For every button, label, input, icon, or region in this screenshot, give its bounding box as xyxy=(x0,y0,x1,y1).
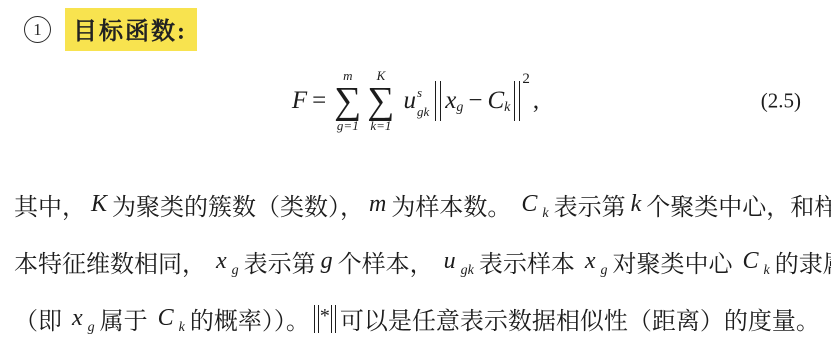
norm-expression: xg − Ck 2 xyxy=(435,81,530,121)
paragraph-line-3: （即 xg 属于 Ck 的概率））。 * 可以是任意表示数据相似性（距离）的度量… xyxy=(14,290,819,347)
equation-formula: F = m ∑ g=1 K ∑ k=1 u s gk xg xyxy=(292,69,539,134)
math-var-xg: xg xyxy=(580,248,608,275)
inner-sum-lower-limit: k=1 xyxy=(370,119,391,133)
text-segment: 个聚类中心，和样 xyxy=(646,187,831,222)
math-var-Ck: Ck xyxy=(516,191,548,218)
sigma-symbol: ∑ xyxy=(334,83,361,119)
document-page: 1 目标函数: F = m ∑ g=1 K ∑ k=1 u s gk xyxy=(0,0,831,361)
text-segment: 为样本数。 xyxy=(391,187,511,222)
text-segment: 其中， xyxy=(14,187,86,222)
inner-sum: K ∑ k=1 xyxy=(367,69,394,134)
math-var-m: m xyxy=(369,191,386,218)
math-var-xg: xg xyxy=(67,305,95,332)
double-bar-close xyxy=(331,305,336,333)
membership-term: u s gk xyxy=(403,84,429,118)
text-segment: 属于 xyxy=(100,301,148,336)
math-var-xg: xg xyxy=(211,248,239,275)
center-variable: C xyxy=(487,87,504,115)
text-segment: （即 xyxy=(14,301,62,336)
membership-subscript: gk xyxy=(417,105,429,118)
sigma-symbol: ∑ xyxy=(367,83,394,119)
text-segment: 为聚类的簇数（类数）， xyxy=(112,187,364,222)
minus-sign: − xyxy=(468,87,482,115)
paragraph-line-2: 本特征维数相同， xg 表示第 g 个样本， ugk 表示样本 xg 对聚类中心… xyxy=(14,233,819,290)
text-segment: 的概率））。 xyxy=(190,301,310,336)
math-var-Ck: Ck xyxy=(738,248,770,275)
section-title-highlighted: 目标函数: xyxy=(65,8,197,51)
sample-variable: x xyxy=(445,87,456,115)
math-var-ugk: ugk xyxy=(439,248,474,275)
equals-sign: = xyxy=(312,87,326,115)
text-segment: 个样本， xyxy=(338,244,434,279)
asterisk: * xyxy=(319,305,331,328)
double-bar-close xyxy=(514,81,520,121)
outer-sum-lower-limit: g=1 xyxy=(337,119,359,133)
math-var-g: g xyxy=(321,248,333,275)
outer-sum: m ∑ g=1 xyxy=(334,69,361,134)
equation-number: (2.5) xyxy=(761,89,801,114)
math-var-K: K xyxy=(91,191,107,218)
bullet-digit: 1 xyxy=(33,21,42,38)
body-paragraph: 其中， K 为聚类的簇数（类数）， m 为样本数。 Ck 表示第 k 个聚类中心… xyxy=(14,176,819,347)
membership-scripts: s gk xyxy=(417,84,429,118)
text-segment: 本特征维数相同， xyxy=(14,244,206,279)
heading-row: 1 目标函数: xyxy=(24,8,197,51)
equation-trailing-comma: , xyxy=(533,87,539,115)
text-segment: 对聚类中心 xyxy=(613,244,733,279)
circled-number-bullet: 1 xyxy=(24,16,51,43)
double-bar-open xyxy=(435,81,441,121)
equation-row: F = m ∑ g=1 K ∑ k=1 u s gk xg xyxy=(0,58,831,144)
text-segment: 的隶属度 xyxy=(775,244,831,279)
equation-lhs: F xyxy=(292,87,307,115)
norm-symbol: * xyxy=(314,305,336,333)
math-var-Ck: Ck xyxy=(153,305,185,332)
membership-base: u xyxy=(403,87,416,115)
text-segment: 可以是任意表示数据相似性（距离）的度量。 xyxy=(340,301,820,336)
math-var-k: k xyxy=(631,191,642,218)
text-segment: 表示第 xyxy=(554,187,626,222)
membership-superscript: s xyxy=(417,86,429,99)
text-segment: 表示第 xyxy=(244,244,316,279)
paragraph-line-1: 其中， K 为聚类的簇数（类数）， m 为样本数。 Ck 表示第 k 个聚类中心… xyxy=(14,176,819,233)
text-segment: 表示样本 xyxy=(479,244,575,279)
